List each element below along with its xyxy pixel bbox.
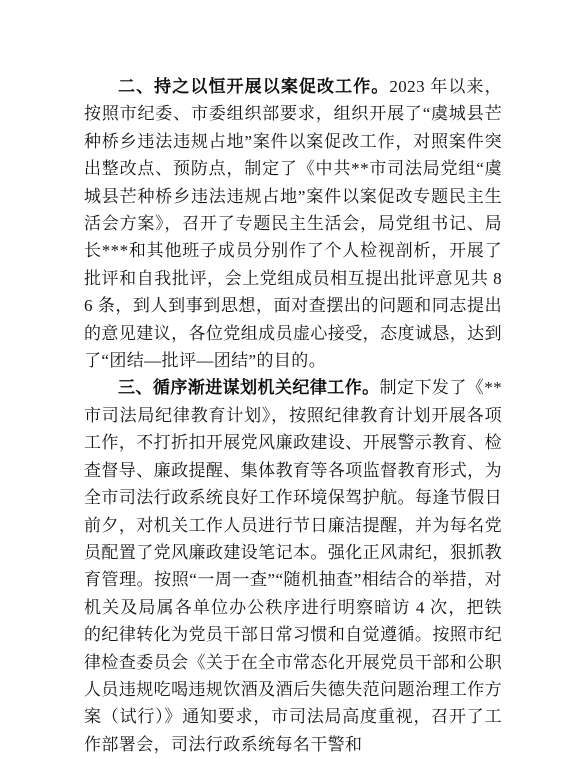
document-page: 二、持之以恒开展以案促改工作。2023 年以来，按照市纪委、市委组织部要求，组织… [0, 0, 586, 759]
document-body: 二、持之以恒开展以案促改工作。2023 年以来，按照市纪委、市委组织部要求，组织… [84, 73, 502, 758]
paragraph-2-heading: 二、持之以恒开展以案促改工作。 [118, 77, 389, 96]
paragraph-3-heading: 三、循序渐进谋划机关纪律工作。 [118, 378, 380, 397]
paragraph-2-text: 2023 年以来，按照市纪委、市委组织部要求，组织开展了“虞城县芒种桥乡违法违规… [84, 77, 502, 370]
paragraph-section-2: 二、持之以恒开展以案促改工作。2023 年以来，按照市纪委、市委组织部要求，组织… [84, 73, 502, 374]
paragraph-3-text: 制定下发了《**市司法局纪律教育计划》，按照纪律教育计划开展各项工作，不打折扣开… [84, 378, 502, 753]
paragraph-section-3: 三、循序渐进谋划机关纪律工作。制定下发了《**市司法局纪律教育计划》，按照纪律教… [84, 374, 502, 758]
